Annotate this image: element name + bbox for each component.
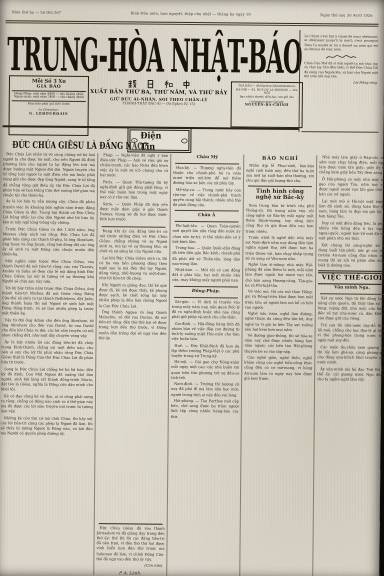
masthead: TRUNG-HÒA NHẬT-BÁO	[7, 29, 259, 77]
scripture-quote-block: Le Christ s'est fait à cause de nous obé…	[304, 34, 378, 85]
article-paragraph: Ấy là lời hứa ta vẫn nương cậy; Chúa đã …	[3, 200, 95, 226]
telegram-item: Huế. — Đức Khải-Định đã ban dụ lập thêm …	[171, 343, 239, 359]
column-article: Đức Chúa Lời nhân từ vô cùng chẳng nỡ bỏ…	[0, 152, 95, 575]
telegram-item: Mễ-tây-cơ. — Trong nước hãy còn rộn-rực …	[173, 188, 241, 209]
industry-paragraph: Lại mới mở ở Hà-nội một xưởng làm đồ sàn…	[319, 199, 384, 220]
lead-article-headline: ĐỨC CHÚA GIÊSU LÀ ĐẤNG NÀO?	[6, 132, 126, 152]
article-continued-note: (Còn nữa)	[98, 563, 162, 569]
telegram-item: Pháp. — Nghị-viện đã nghị y bản điều-ước…	[100, 153, 168, 179]
industry-paragraph: Về đường giao-thông, thì sở hỏa-xa năm n…	[244, 334, 312, 355]
world-paragraph: Các nước Âu-châu xem gương ấy thì lấy là…	[317, 345, 384, 366]
quote-bottom-rule	[302, 131, 379, 133]
telegram-item: Hà-nội. — Giá gạo chợ Đồng-xuân mỗi ngày…	[171, 360, 239, 381]
article-paragraph: Đang khi ấy các đấng tiên-tri cứ nói trư…	[99, 229, 167, 255]
quote-french: Le Christ s'est fait à cause de nous obé…	[304, 34, 378, 52]
dateline: Năm thứ ba — Số thứ 267 Bính-Dần niên, t…	[12, 10, 373, 17]
handwritten-note	[324, 53, 358, 60]
industry-article-title: Tình hình công nghệ xứ Bắc-kỳ	[246, 188, 314, 202]
industry-paragraph: Nhà máy làm giấy ở Đáp-cầu mới sắm máy c…	[319, 155, 384, 176]
world-section-header-rules: VIỆC THẾ-GIỚI	[318, 272, 384, 284]
telegram-item: Nhật-bản. — Mới rồi có cơn động đất ở ph…	[172, 268, 240, 284]
gerant-name: NGUYỄN-BÁ-CHÍNH	[234, 104, 300, 108]
newspaper-paper: Năm thứ ba — Số thứ 267 Bính-Dần niên, t…	[0, 0, 384, 576]
telegrams-box-title: Điện Tin	[140, 129, 178, 151]
section-separator	[248, 185, 312, 187]
chinese-char-hoa-icon	[163, 80, 172, 89]
world-section-title: VIỆC THẾ-GIỚI	[318, 275, 384, 283]
article-paragraph: Ấy là bấy nhiêu lời các đấng tiên-tri đã…	[1, 340, 93, 366]
article-paragraph: Khi Người ra giảng đạo, thì kẻ què được …	[99, 283, 167, 309]
telegram-item: Nam-định. — Trường thi hương cũ nay đã p…	[171, 382, 239, 398]
industry-paragraph: Về việc mỏ, thì các mỏ than Hồng-gai và …	[245, 290, 313, 311]
world-article-subtitle: Văn minh Nga.	[318, 285, 384, 292]
article-paragraph: Một nghìn năm trước Đức Chúa Giêsu, vua …	[2, 259, 94, 285]
industry-paragraph: Còn nghề gốm, nghề thêu, nghề khảm cùng …	[244, 356, 312, 382]
chinese-char-trung-icon	[181, 80, 190, 89]
world-paragraph: Xét sự nước Nga từ khi đảng Lao-nông cầm…	[318, 296, 384, 322]
column-telegrams-and-article-end: Pháp. — Nghị-viện đã nghị y bản điều-ước…	[93, 153, 168, 576]
dateline-issue: Năm thứ ba — Số thứ 267	[12, 10, 62, 14]
column-telegram-sections: Châu Mỹ Hoa-kỳ. — Thượng nghị-viện đã th…	[166, 154, 241, 576]
article-paragraph: Lại khi Đức Chúa Giêsu sinh ra, thì có b…	[99, 256, 167, 282]
world-paragraph: Ấy văn-minh mà bỏ đạo Trời thì ra thể ấy…	[317, 367, 384, 383]
chinese-char-nhat-icon	[145, 80, 154, 89]
quote-vietnamese: Chúa Cứu-Thế đã vì loài người ta mà chịu…	[304, 61, 378, 79]
article-paragraph: Ông thánh Aggeo và ông thánh Malachie, v…	[98, 310, 166, 341]
section-title-indochina: Đông-Pháp.	[172, 288, 240, 295]
article-ending-block: Đức Chúa Giêsu đã vào thành Jérusalem và…	[96, 521, 165, 576]
section-separator	[175, 221, 239, 223]
telegram-item: Trung-hoa. — Quân Quốc-dân đảng đã tiến …	[172, 246, 240, 267]
telegram-item: Hải-phòng. — Tàu Porthos mới cập bến, ch…	[171, 399, 239, 420]
telegram-ornament-left-icon	[130, 136, 138, 144]
industry-paragraph: Xét chung thì công-nghệ xứ ta đang buổi …	[318, 243, 384, 269]
telegram-item: Hoa-kỳ. — Thượng nghị-viện đã thuận cho …	[173, 166, 241, 187]
section-title-america: Châu Mỹ	[173, 155, 241, 162]
article-signature: P. A. Lành.	[96, 570, 164, 576]
article-paragraph: Vậy từ đời ông Adam cho đến ông Abraham,…	[2, 318, 94, 339]
telegrams-box-header: Điện Tin	[129, 129, 189, 151]
article-paragraph: Đức Chúa Lời nhân từ vô cùng chẳng nỡ bỏ…	[3, 152, 95, 199]
industry-title-line2: nghệ xứ Bắc-kỳ	[256, 195, 304, 201]
dateline-solar-date: Ngày thứ sáu 30 Avril 1926	[320, 13, 373, 18]
article-paragraph: Trước Đức Chúa Giêsu ra đời 1.500 năm, ô…	[2, 227, 94, 258]
dateline-lunar-date: Bính-Dần niên, tam nguyệt, thập cửu nhật…	[131, 11, 251, 16]
telegram-item: Gia-định. — Hội-đồng hàng tỉnh đã nhóm b…	[171, 321, 239, 342]
article-ending-paragraph: Đức Chúa Giêsu đã vào thành Jérusalem và…	[96, 526, 164, 562]
column-industry: BÁO NGHỈ Nhân dịp lễ Phục-sinh, bản-báo …	[239, 155, 314, 576]
industry-paragraph: Nghề làm xi-măng: nhà máy Hải-phòng đã s…	[245, 263, 313, 289]
industry-paragraph: Duy có một điều đáng tiếc, là phần nhiều…	[318, 221, 384, 242]
notice-text: Nhân dịp lễ Phục-sinh, bản-báo nghỉ cuối…	[246, 163, 314, 184]
section-separator	[320, 293, 384, 295]
section-separator	[174, 296, 238, 298]
world-paragraph: Trẻ con thì nhà-nước dạy-dỗ theo lối mới…	[317, 323, 384, 344]
telegram-item: Paris. — Quan Thủ-tướng đã ký nghị-định …	[100, 180, 168, 201]
scanned-newspaper-page: Năm thứ ba — Số thứ 267 Bính-Dần niên, t…	[0, 0, 384, 576]
telegram-item: Syrie. — Quân Pháp đã dẹp yên được mấy đ…	[100, 202, 168, 223]
section-separator	[102, 226, 166, 228]
article-paragraph: Những kẻ còn tìm cớ mà chối Chúa, thì hã…	[1, 416, 93, 437]
industry-paragraph: Xem trong bản tờ trình của phủ Thống-sứ,…	[246, 204, 314, 235]
motto-verse-line: THÀNH-THẬT BÁC-ÁI — (St Ephes IV, 15)	[89, 101, 229, 107]
column-world: Nhà máy làm giấy ở Đáp-cầu mới sắm máy c…	[312, 155, 384, 576]
section-separator	[175, 163, 239, 165]
article-paragraph: Tới kỳ bảy trăm năm trước Đức Chúa Giêsu…	[2, 286, 94, 317]
telegram-ornament-right-icon	[180, 136, 188, 144]
price-row-foreign: Ngoại-quốc: một năm 7$00 — sáu tháng 4$0…	[12, 96, 86, 101]
industry-paragraph: Ở Hải-phòng có mấy nhà máy xay gạo của n…	[319, 177, 384, 198]
article-paragraph: Kẻ có đạo cùng kẻ vô đạo, ai ai cũng phả…	[1, 394, 93, 415]
telegram-item: Sài-gòn. — Vì dịch tả truyền vào trong m…	[172, 299, 240, 320]
quote-attribution: Lời Hằng-sống.	[304, 80, 378, 85]
industry-paragraph: Trước nhất là nghề dệt: nhà máy sợi Nam-…	[245, 236, 313, 262]
price-note: Mua báo phải giả tiền trước	[12, 101, 86, 108]
section-separator	[175, 210, 239, 212]
world-section-header: VIỆC THẾ-GIỚI	[318, 271, 384, 285]
article-paragraph: Song le Đức Chúa Lời chẳng hề bỏ lời hứa…	[1, 367, 93, 393]
section-separator	[174, 285, 238, 287]
admin-box: TOÀ BÁO — (Rédaction-Administration): HÀ…	[231, 81, 303, 128]
masthead-center-block: XUẤT BẢN THỨ BA, THỨ NĂM, VÀ THỨ BẢY GIỮ…	[89, 78, 229, 107]
chinese-char-bao-icon	[127, 79, 136, 88]
notice-title: BÁO NGHỈ	[246, 156, 314, 163]
section-title-asia: Châu Á	[173, 213, 241, 220]
body-columns: Đức Chúa Lời nhân từ vô cùng chẳng nỡ bỏ…	[0, 152, 377, 576]
telegram-item: Phi-luật-tân. — Quan Toàn-quyền mới quyế…	[172, 224, 240, 245]
lead-article-headline-text: ĐỨC CHÚA GIÊSU LÀ ĐẤNG NÀO?	[12, 139, 147, 152]
article-ending-rule	[99, 523, 163, 525]
industry-paragraph: Nghề nấu rượu, nghề làm đường, nghề thuộ…	[245, 312, 313, 333]
director-name: G. LEBOURDAIS	[12, 112, 86, 117]
